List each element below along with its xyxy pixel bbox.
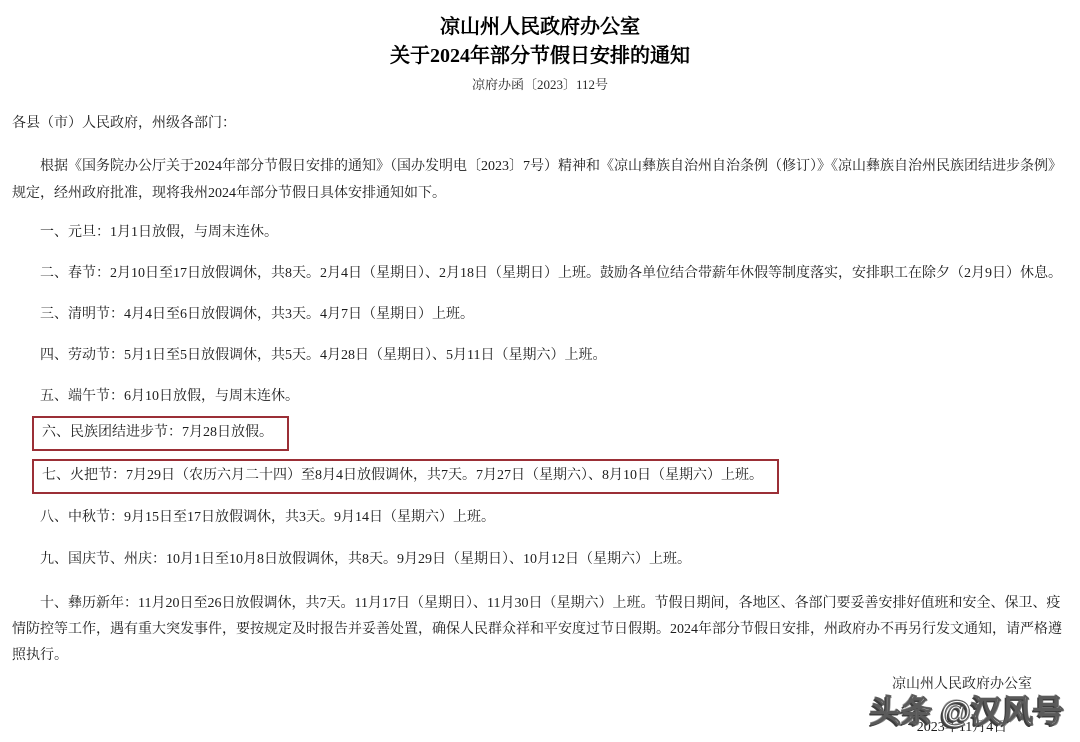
document-title-line1: 凉山州人民政府办公室 [12, 14, 1068, 40]
holiday-item-new-years-day: 一、元旦：1月1日放假，与周末连休。 [12, 223, 1068, 243]
holiday-item-mid-autumn: 八、中秋节：9月15日至17日放假调休，共3天。9月14日（星期六）上班。 [12, 508, 1068, 528]
holiday-item-torch-festival-highlighted: 七、火把节：7月29日（农历六月二十四）至8月4日放假调休，共7天。7月27日（… [32, 459, 779, 494]
document-number: 凉府办函〔2023〕112号 [12, 76, 1068, 93]
holiday-item-qingming: 三、清明节：4月4日至6日放假调休，共3天。4月7日（星期日）上班。 [12, 305, 1068, 325]
holiday-item-dragon-boat: 五、端午节：6月10日放假，与周末连休。 [12, 387, 1068, 407]
holiday-item-yi-new-year: 十、彝历新年：11月20日至26日放假调休，共7天。11月17日（星期日）、11… [12, 591, 1068, 669]
intro-paragraph: 根据《国务院办公厅关于2024年部分节假日安排的通知》（国办发明电〔2023〕7… [12, 153, 1068, 207]
holiday-item-ethnic-unity-day-highlighted: 六、民族团结进步节：7月28日放假。 [32, 416, 289, 451]
holiday-item-national-day: 九、国庆节、州庆：10月1日至10月8日放假调休，共8天。9月29日（星期日）、… [12, 550, 1068, 570]
document-body: 凉山州人民政府办公室 关于2024年部分节假日安排的通知 凉府办函〔2023〕1… [0, 14, 1080, 669]
salutation: 各县（市）人民政府，州级各部门： [12, 114, 1068, 134]
document-title-line2: 关于2024年部分节假日安排的通知 [12, 43, 1068, 69]
watermark-toutiao-hanfenghao: 头条 @汉风号 [870, 686, 1064, 731]
holiday-item-labor-day: 四、劳动节：5月1日至5日放假调休，共5天。4月28日（星期日）、5月11日（星… [12, 346, 1068, 366]
holiday-item-spring-festival: 二、春节：2月10日至17日放假调休，共8天。2月4日（星期日）、2月18日（星… [12, 264, 1068, 284]
document-page: 凉山州人民政府办公室 关于2024年部分节假日安排的通知 凉府办函〔2023〕1… [0, 0, 1080, 742]
